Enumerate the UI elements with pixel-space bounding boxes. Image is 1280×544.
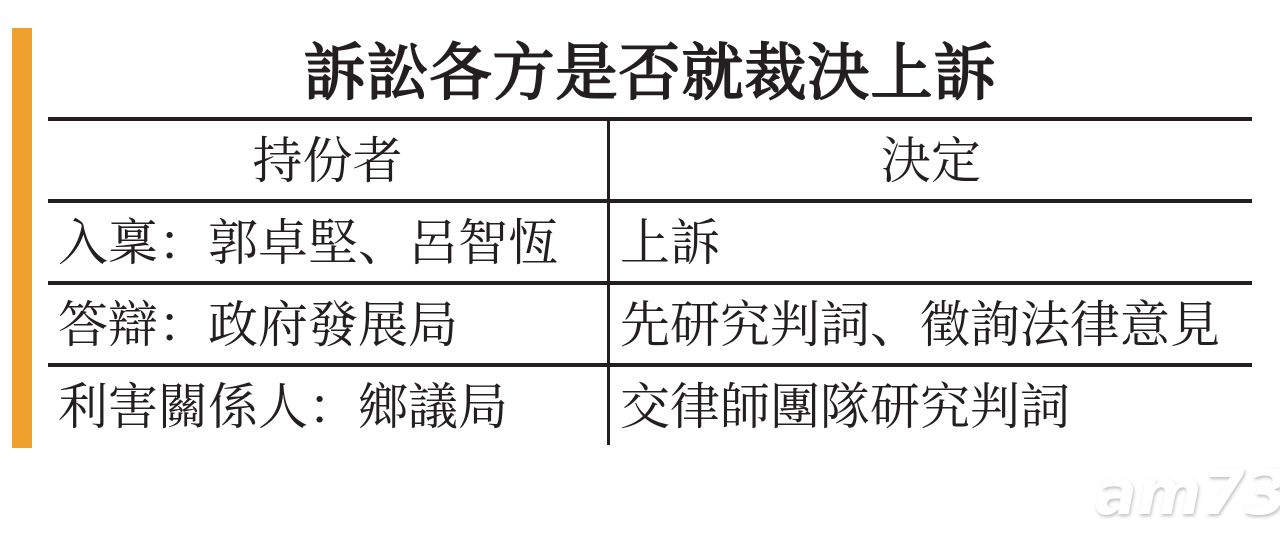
header-stakeholder: 持份者 bbox=[48, 121, 607, 201]
watermark-text: am730 bbox=[1095, 456, 1280, 529]
accent-bar bbox=[12, 28, 32, 448]
row-2-stakeholder: 答辯：政府發展局 bbox=[58, 285, 458, 365]
row-2-decision: 先研究判詞、徵詢法律意見 bbox=[620, 285, 1220, 365]
row-3-stakeholder: 利害關係人：鄉議局 bbox=[58, 367, 508, 447]
watermark-logo: am730 bbox=[1095, 458, 1265, 528]
row-1-decision: 上訴 bbox=[620, 203, 720, 283]
row-3-decision: 交律師團隊研究判詞 bbox=[620, 367, 1070, 447]
header-decision: 決定 bbox=[610, 121, 1252, 201]
page-title: 訴訟各方是否就裁決上訴 bbox=[48, 32, 1252, 114]
row-1-stakeholder: 入稟：郭卓堅、呂智恆 bbox=[58, 203, 558, 283]
